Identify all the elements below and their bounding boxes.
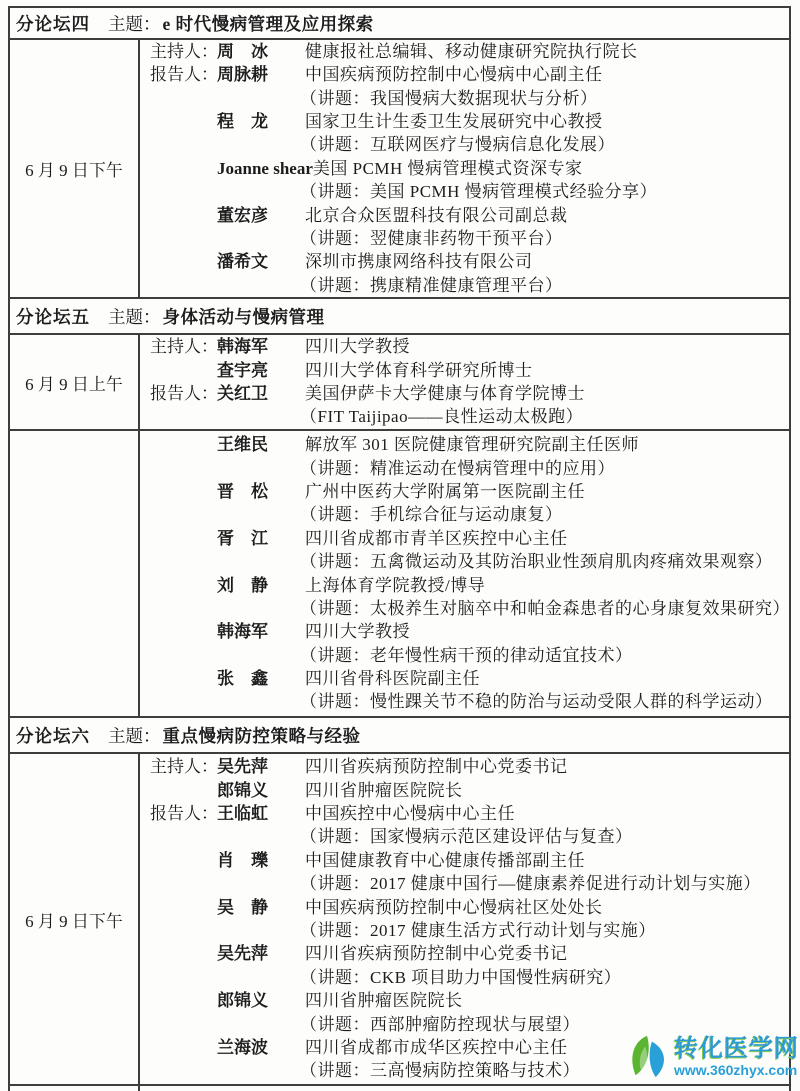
forum-section-header: 分论坛五主题：身体活动与慢病管理 — [10, 297, 789, 333]
agenda-line: 报告人：王临虹中国疾控中心慢病中心主任 — [140, 802, 789, 825]
watermark: 转化医学网 www.360zhyx.com — [624, 1031, 800, 1083]
speakers-cell — [140, 1086, 789, 1091]
role-label: 报告人： — [150, 802, 217, 825]
speaker-title: 四川省成都市青羊区疾控中心主任 — [305, 529, 568, 548]
speaker-title: 广州中医药大学附属第一医院副主任 — [305, 482, 585, 501]
speaker-title: 美国伊萨卡大学健康与体育学院博士 — [305, 384, 585, 403]
agenda-line: 韩海军四川大学教授 — [140, 620, 789, 643]
talk-topic: （讲题：五禽微运动及其防治职业性颈肩肌肉疼痛效果观察） — [300, 552, 773, 571]
speaker-title: 中国疾控中心慢病中心主任 — [305, 804, 515, 823]
agenda-line: 程 龙国家卫生计生委卫生发展研究中心教授 — [140, 110, 789, 133]
speaker-name: 郎锦义 — [217, 779, 305, 802]
talk-topic: （讲题：美国 PCMH 慢病管理模式经验分享） — [300, 182, 657, 201]
forum-section-header: 分论坛六主题：重点慢病防控策略与经验 — [10, 716, 789, 752]
agenda-line: 董宏彦北京合众医盟科技有限公司副总裁 — [140, 204, 789, 227]
speaker-name: 查宇亮 — [217, 359, 305, 382]
speaker-title: 四川省肿瘤医院院长 — [305, 991, 463, 1010]
agenda-line: 胥 江四川省成都市青羊区疾控中心主任 — [140, 527, 789, 550]
agenda-line: Joanne shear美国 PCMH 慢病管理模式资深专家 — [140, 157, 789, 180]
session-date-cell — [10, 1086, 140, 1091]
agenda-line: 张 鑫四川省骨科医院副主任 — [140, 667, 789, 690]
speaker-name: 吴先萍 — [217, 942, 305, 965]
role-label: 报告人： — [150, 382, 217, 405]
speaker-title: 四川省成都市成华区疾控中心主任 — [305, 1038, 568, 1057]
agenda-line: 潘希文深圳市携康网络科技有限公司 — [140, 250, 789, 273]
agenda-body-row: 6 月 9 日上午主持人：韩海军四川大学教授查宇亮四川大学体育科学研究所博士报告… — [10, 333, 789, 429]
speaker-name: 关红卫 — [217, 382, 305, 405]
agenda-line: 报告人：关红卫美国伊萨卡大学健康与体育学院博士 — [140, 382, 789, 405]
speaker-title: 四川省骨科医院副主任 — [305, 669, 480, 688]
agenda-line: 郎锦义四川省肿瘤医院院长 — [140, 989, 789, 1012]
agenda-line: （讲题：精准运动在慢病管理中的应用） — [140, 457, 789, 480]
agenda-line: 吴先萍四川省疾病预防控制中心党委书记 — [140, 942, 789, 965]
role-label: 报告人： — [150, 63, 217, 86]
talk-topic: （讲题：互联网医疗与慢病信息化发展） — [300, 135, 615, 154]
role-label: 主持人： — [150, 755, 217, 778]
session-date-cell: 6 月 9 日下午 — [10, 754, 140, 1084]
agenda-line: （讲题：国家慢病示范区建设评估与复查） — [140, 825, 789, 848]
talk-topic: （讲题：我国慢病大数据现状与分析） — [300, 89, 598, 108]
talk-topic: （讲题：太极养生对脑卒中和帕金森患者的心身康复效果研究） — [300, 599, 789, 618]
agenda-line: （讲题：2017 健康生活方式行动计划与实施） — [140, 919, 789, 942]
talk-topic: （讲题：精准运动在慢病管理中的应用） — [300, 459, 615, 478]
session-date-cell: 6 月 9 日上午 — [10, 335, 140, 429]
speaker-title: 四川省肿瘤医院院长 — [305, 781, 463, 800]
speaker-title: 健康报社总编辑、移动健康研究院执行院长 — [305, 42, 638, 61]
forum-topic: 重点慢病防控策略与经验 — [163, 723, 361, 748]
speaker-title: 四川省疾病预防控制中心党委书记 — [305, 944, 568, 963]
talk-topic: （讲题：手机综合征与运动康复） — [300, 505, 563, 524]
session-date-cell — [10, 431, 140, 716]
speaker-name: 周 冰 — [217, 40, 305, 63]
talk-topic: （讲题：国家慢病示范区建设评估与复查） — [300, 827, 633, 846]
agenda-line: （讲题：慢性踝关节不稳的防治与运动受限人群的科学运动） — [140, 690, 789, 713]
speaker-name: 王临虹 — [217, 802, 305, 825]
leaf-swirl-logo-icon — [624, 1033, 672, 1081]
topic-label: 主题： — [108, 723, 161, 748]
speaker-name: 刘 静 — [217, 574, 305, 597]
session-date-cell: 6 月 9 日下午 — [10, 40, 140, 297]
speaker-title: 中国疾病预防控制中心慢病中心副主任 — [305, 65, 603, 84]
agenda-line: （讲题：携康精准健康管理平台） — [140, 274, 789, 297]
speaker-name: 吴 静 — [217, 896, 305, 919]
speaker-name: 韩海军 — [217, 620, 305, 643]
speaker-name: 潘希文 — [217, 250, 305, 273]
agenda-line: 主持人：吴先萍四川省疾病预防控制中心党委书记 — [140, 755, 789, 778]
watermark-site-url: www.360zhyx.com — [674, 1062, 799, 1079]
speaker-title: 美国 PCMH 慢病管理模式资深专家 — [313, 159, 583, 178]
speaker-name: 胥 江 — [217, 527, 305, 550]
forum-number: 分论坛四 — [16, 11, 90, 36]
agenda-body-row: 6 月 9 日下午主持人：周 冰健康报社总编辑、移动健康研究院执行院长报告人：周… — [10, 38, 789, 297]
agenda-line: 主持人：周 冰健康报社总编辑、移动健康研究院执行院长 — [140, 40, 789, 63]
forum-number: 分论坛五 — [16, 304, 90, 329]
talk-topic: （FIT Taijipao——良性运动太极跑） — [300, 407, 583, 426]
talk-topic: （讲题：2017 健康中国行—健康素养促进行动计划与实施） — [300, 874, 761, 893]
speaker-title: 中国疾病预防控制中心慢病社区处处长 — [305, 898, 603, 917]
agenda-line: 郎锦义四川省肿瘤医院院长 — [140, 779, 789, 802]
speakers-cell: 主持人：韩海军四川大学教授查宇亮四川大学体育科学研究所博士报告人：关红卫美国伊萨… — [140, 335, 789, 429]
topic-label: 主题： — [108, 11, 161, 36]
speaker-title: 上海体育学院教授/博导 — [305, 576, 485, 595]
speaker-title: 四川大学体育科学研究所博士 — [305, 361, 533, 380]
session-date: 6 月 9 日下午 — [25, 156, 123, 181]
forum-topic: 身体活动与慢病管理 — [163, 304, 325, 329]
speaker-name: 兰海波 — [217, 1036, 305, 1059]
agenda-body-row-partial — [10, 1084, 789, 1091]
agenda-line: 报告人：周脉耕中国疾病预防控制中心慢病中心副主任 — [140, 63, 789, 86]
agenda-line: 吴 静中国疾病预防控制中心慢病社区处处长 — [140, 896, 789, 919]
agenda-line: 晋 松广州中医药大学附属第一医院副主任 — [140, 480, 789, 503]
forum-section-header: 分论坛四主题：e 时代慢病管理及应用探索 — [10, 8, 789, 38]
speaker-name: 郎锦义 — [217, 989, 305, 1012]
role-label: 主持人： — [150, 40, 217, 63]
agenda-line: （讲题：美国 PCMH 慢病管理模式经验分享） — [140, 180, 789, 203]
speaker-name: Joanne shear — [217, 157, 313, 180]
speakers-cell: 主持人：周 冰健康报社总编辑、移动健康研究院执行院长报告人：周脉耕中国疾病预防控… — [140, 40, 789, 297]
talk-topic: （讲题：三高慢病防控策略与技术） — [300, 1061, 580, 1080]
talk-topic: （讲题：慢性踝关节不稳的防治与运动受限人群的科学运动） — [300, 692, 773, 711]
role-label: 主持人： — [150, 335, 217, 358]
session-date: 6 月 9 日下午 — [25, 907, 123, 932]
agenda-line: （讲题：老年慢性病干预的律动适宜技术） — [140, 644, 789, 667]
forum-topic: e 时代慢病管理及应用探索 — [163, 11, 374, 36]
session-date: 6 月 9 日上午 — [25, 370, 123, 395]
agenda-line: （讲题：太极养生对脑卒中和帕金森患者的心身康复效果研究） — [140, 597, 789, 620]
agenda-line: （FIT Taijipao——良性运动太极跑） — [140, 405, 789, 428]
agenda-body-row: 王维民解放军 301 医院健康管理研究院副主任医师（讲题：精准运动在慢病管理中的… — [10, 429, 789, 716]
speaker-name: 肖 瓅 — [217, 849, 305, 872]
agenda-line: （讲题：2017 健康中国行—健康素养促进行动计划与实施） — [140, 872, 789, 895]
agenda-line: 查宇亮四川大学体育科学研究所博士 — [140, 359, 789, 382]
speaker-name: 董宏彦 — [217, 204, 305, 227]
speaker-name: 程 龙 — [217, 110, 305, 133]
agenda-line: （讲题：五禽微运动及其防治职业性颈肩肌肉疼痛效果观察） — [140, 550, 789, 573]
speaker-title: 国家卫生计生委卫生发展研究中心教授 — [305, 112, 603, 131]
speakers-cell: 王维民解放军 301 医院健康管理研究院副主任医师（讲题：精准运动在慢病管理中的… — [140, 431, 789, 716]
agenda-line: （讲题：翌健康非药物干预平台） — [140, 227, 789, 250]
watermark-text: 转化医学网 www.360zhyx.com — [674, 1036, 799, 1079]
talk-topic: （讲题：翌健康非药物干预平台） — [300, 229, 563, 248]
talk-topic: （讲题：2017 健康生活方式行动计划与实施） — [300, 921, 656, 940]
agenda-line: （讲题：CKB 项目助力中国慢性病研究） — [140, 966, 789, 989]
talk-topic: （讲题：CKB 项目助力中国慢性病研究） — [300, 968, 621, 987]
speaker-title: 解放军 301 医院健康管理研究院副主任医师 — [305, 435, 639, 454]
forum-number: 分论坛六 — [16, 723, 90, 748]
speaker-name: 吴先萍 — [217, 755, 305, 778]
speaker-title: 中国健康教育中心健康传播部副主任 — [305, 851, 585, 870]
agenda-line: 刘 静上海体育学院教授/博导 — [140, 574, 789, 597]
speaker-name: 韩海军 — [217, 335, 305, 358]
agenda-line: 王维民解放军 301 医院健康管理研究院副主任医师 — [140, 433, 789, 456]
speaker-title: 四川大学教授 — [305, 622, 410, 641]
agenda-line: （讲题：手机综合征与运动康复） — [140, 503, 789, 526]
speaker-title: 深圳市携康网络科技有限公司 — [305, 252, 533, 271]
talk-topic: （讲题：老年慢性病干预的律动适宜技术） — [300, 646, 633, 665]
topic-label: 主题： — [108, 304, 161, 329]
watermark-site-name: 转化医学网 — [674, 1036, 799, 1062]
speaker-name: 晋 松 — [217, 480, 305, 503]
talk-topic: （讲题：西部肿瘤防控现状与展望） — [300, 1015, 580, 1034]
speaker-name: 张 鑫 — [217, 667, 305, 690]
speaker-title: 四川省疾病预防控制中心党委书记 — [305, 757, 568, 776]
agenda-line: 肖 瓅中国健康教育中心健康传播部副主任 — [140, 849, 789, 872]
speaker-title: 四川大学教授 — [305, 337, 410, 356]
speaker-name: 周脉耕 — [217, 63, 305, 86]
conference-agenda-table: 分论坛四主题：e 时代慢病管理及应用探索6 月 9 日下午主持人：周 冰健康报社… — [8, 6, 791, 1091]
talk-topic: （讲题：携康精准健康管理平台） — [300, 276, 563, 295]
agenda-line: （讲题：我国慢病大数据现状与分析） — [140, 87, 789, 110]
agenda-line: 主持人：韩海军四川大学教授 — [140, 335, 789, 358]
speaker-name: 王维民 — [217, 433, 305, 456]
agenda-line: （讲题：互联网医疗与慢病信息化发展） — [140, 133, 789, 156]
speaker-title: 北京合众医盟科技有限公司副总裁 — [305, 206, 568, 225]
